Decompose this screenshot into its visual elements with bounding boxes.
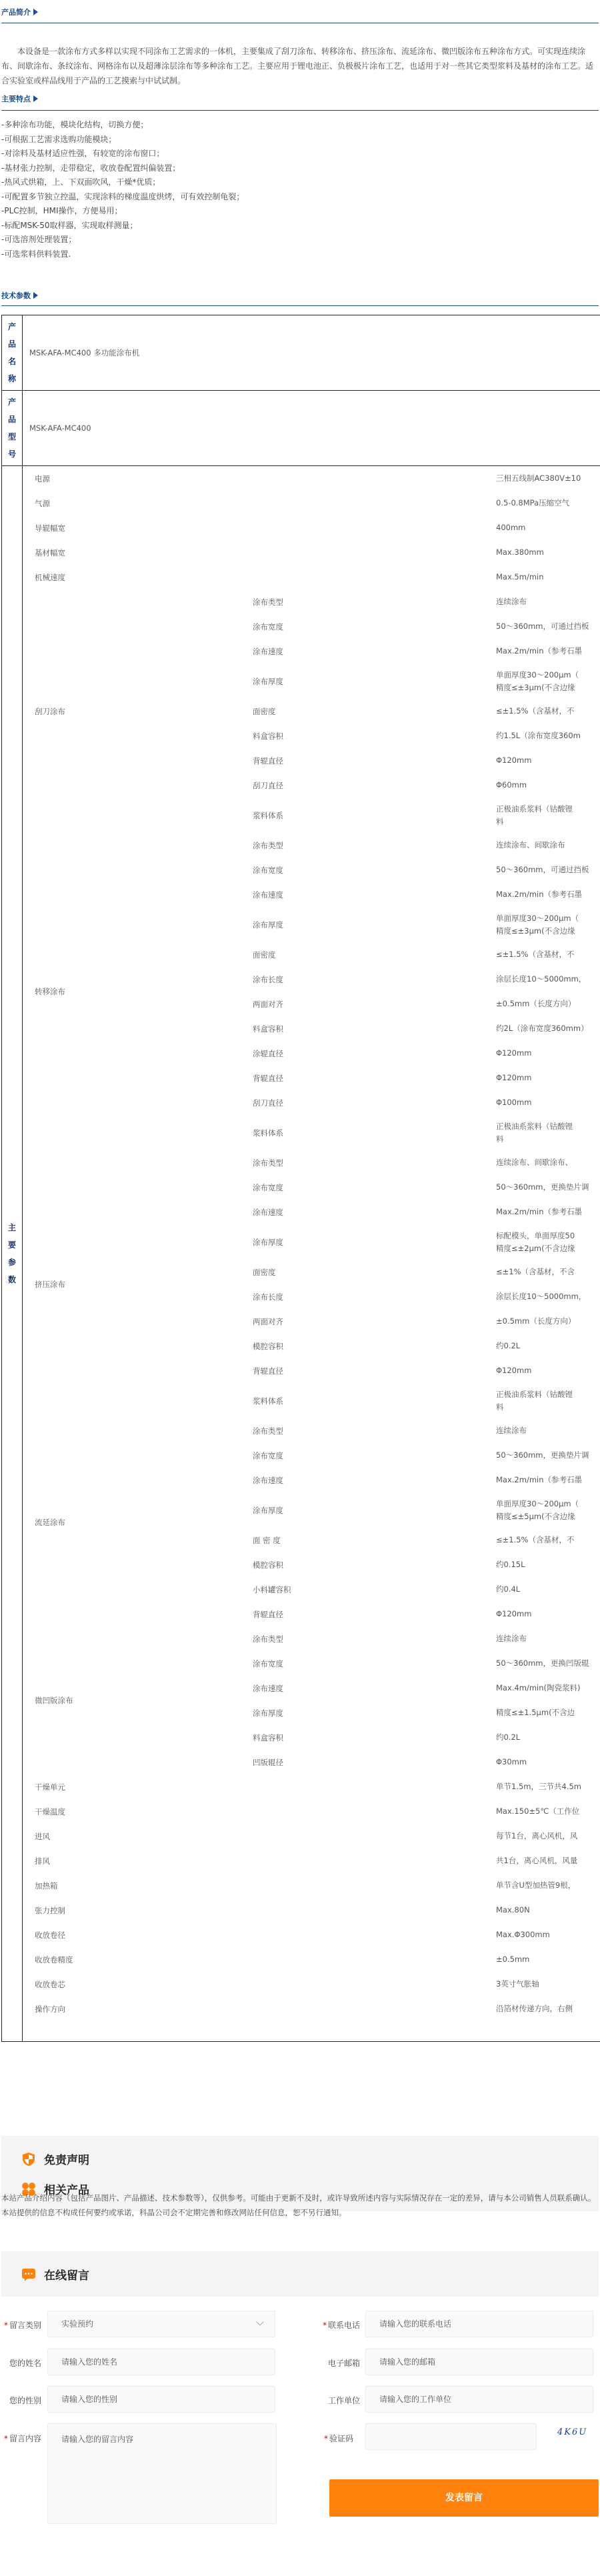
sub-param-name: 面密度: [253, 699, 496, 724]
param-name: 操作方向: [23, 1997, 253, 2021]
table-row: 排风共1台，离心风机，风量: [23, 1848, 600, 1873]
sub-param-name: [253, 565, 496, 589]
param-value: 涂层长度10～5000mm，: [496, 1284, 600, 1309]
placeholder-text: 请输入您的姓名: [61, 2357, 117, 2367]
company-input[interactable]: 请输入您的工作单位: [365, 2386, 593, 2413]
heading-text: 主要特点: [1, 95, 31, 103]
param-value: 约1.5L（涂布宽度360m: [496, 724, 600, 748]
param-value: Max.2m/min（参考石墨: [496, 882, 600, 907]
param-value: ±0.5mm（长度方向）: [496, 992, 600, 1016]
param-value: 约2L（涂布宽度360mm）: [496, 1016, 600, 1041]
param-name: 电源: [23, 466, 253, 491]
sub-param-name: 涂布速度: [253, 639, 496, 664]
param-value: ≤±1.5%（含基材，不: [496, 699, 600, 724]
sub-param-name: [253, 1898, 496, 1922]
param-value: 50～360mm，更换凹版辊: [496, 1651, 600, 1676]
param-value: 共1台，离心风机，风量: [496, 1848, 600, 1873]
heading-text: 技术参数: [1, 291, 31, 300]
sub-param-name: 涂布长度: [253, 967, 496, 992]
disclaimer-text: 本站产品介绍内容（包括产品图片、产品描述、技术参数等），仅供参考。可能由于更新不…: [1, 2191, 597, 2220]
section-heading-specs: 技术参数: [1, 290, 38, 301]
param-value: Max.Φ300mm: [496, 1922, 600, 1947]
triangle-right-icon: [33, 292, 38, 299]
sub-param-name: 涂布宽度: [253, 1651, 496, 1676]
submit-message-button[interactable]: 发表留言: [329, 2479, 599, 2517]
sub-param-name: 涂布厚度: [253, 1224, 496, 1260]
captcha-label: *验证码: [319, 2433, 353, 2444]
section-heading-features: 主要特点: [1, 93, 38, 104]
param-value: Φ30mm: [496, 1750, 600, 1774]
table-row: 基材幅宽Max.380mm: [23, 540, 600, 565]
table-row-main-params: 主 要 参 数 电源三相五线制AC380V±10气源0.5-0.8MPa压缩空气…: [2, 466, 600, 2042]
params-table: 电源三相五线制AC380V±10气源0.5-0.8MPa压缩空气导辊幅宽400m…: [23, 466, 600, 2021]
param-name: 机械速度: [23, 565, 253, 589]
message-header: 在线留言: [1, 2251, 599, 2297]
sub-param-name: [253, 1848, 496, 1873]
sub-param-name: 涂布厚度: [253, 664, 496, 699]
table-row: 张力控制Max.80N: [23, 1898, 600, 1922]
table-row: 收放卷径Max.Φ300mm: [23, 1922, 600, 1947]
sub-param-name: 涂辊直径: [253, 1041, 496, 1066]
label-char: 品: [2, 411, 22, 428]
label-char: 型: [2, 428, 22, 445]
sub-param-name: 料盒容积: [253, 1016, 496, 1041]
intro-paragraph: 本设备是一款涂布方式多样以实现不同涂布工艺需求的一体机，主要集成了刮刀涂布、转移…: [1, 44, 597, 88]
param-value: Φ120mm: [496, 1066, 600, 1090]
content-textarea[interactable]: 请输入您的留言内容: [47, 2423, 277, 2524]
table-row: 进风每节1台，离心风机，风: [23, 1824, 600, 1848]
table-row: 刮刀涂布涂布类型连续涂布: [23, 589, 600, 614]
label-text: 您的姓名: [9, 2359, 41, 2368]
param-value: 连续涂布: [496, 1626, 600, 1651]
label-char: 主: [2, 1219, 22, 1236]
label-text: 您的性别: [9, 2396, 41, 2405]
table-row: 机械速度Max.5m/min: [23, 565, 600, 589]
section-heading-intro: 产品简介: [1, 7, 38, 17]
gender-label: 您的性别: [0, 2395, 41, 2406]
sub-param-name: [253, 1873, 496, 1898]
email-label: 电子邮箱: [319, 2357, 360, 2369]
spec-table: 产 品 名 称 MSK-AFA-MC400 多功能涂布机 产 品 型 号 MSK…: [1, 315, 600, 2042]
label-char: 名: [2, 353, 22, 370]
table-row: 操作方向沿箔材传递方向，右侧: [23, 1997, 600, 2021]
email-input[interactable]: 请输入您的邮箱: [365, 2349, 593, 2375]
label-text: 留言内容: [9, 2434, 41, 2443]
param-value: Φ120mm: [496, 1358, 600, 1383]
param-name: 基材幅宽: [23, 540, 253, 565]
sub-param-name: 面 密 度: [253, 1528, 496, 1552]
sub-param-name: 模腔容积: [253, 1552, 496, 1577]
param-value: ±0.5mm（长度方向）: [496, 1309, 600, 1334]
sub-param-name: [253, 1972, 496, 1997]
label-text: 联系电话: [328, 2321, 360, 2330]
param-value: ≤±1%（含基材，不含: [496, 1260, 600, 1284]
triangle-right-icon: [33, 9, 38, 15]
triangle-right-icon: [33, 95, 38, 102]
phone-label: *联系电话: [319, 2319, 360, 2331]
table-row-product-name: 产 品 名 称 MSK-AFA-MC400 多功能涂布机: [2, 315, 600, 391]
captcha-input[interactable]: [365, 2423, 537, 2450]
heading-text: 产品简介: [1, 8, 31, 17]
param-name: 加热箱: [23, 1873, 253, 1898]
param-value: 正极油系浆料（钴酸锂 料: [496, 798, 600, 833]
param-value: Φ60mm: [496, 773, 600, 798]
name-label: 您的姓名: [0, 2357, 41, 2369]
param-value: 50～360mm，可通过挡板: [496, 858, 600, 882]
param-name: 收放卷精度: [23, 1947, 253, 1972]
table-row: 微凹版涂布涂布类型连续涂布: [23, 1626, 600, 1651]
param-value: 标配模头，单面厚度50 精度≤±2μm(不含边缘: [496, 1224, 600, 1260]
sub-param-name: 涂布速度: [253, 1468, 496, 1492]
sub-param-name: 涂布类型: [253, 1150, 496, 1175]
product-model-label: 产 品 型 号: [2, 391, 23, 466]
label-text: 工作单位: [328, 2396, 360, 2405]
sub-param-name: 涂布速度: [253, 1676, 496, 1700]
param-value: 400mm: [496, 515, 600, 540]
chat-bubble-icon: [21, 2267, 36, 2282]
gender-input[interactable]: 请输入您的性别: [47, 2386, 275, 2413]
required-mark: *: [323, 2321, 327, 2330]
feature-item: -标配MSK-50取样器，实现取样测量；: [1, 219, 244, 233]
sub-param-name: [253, 1824, 496, 1848]
feature-item: -可配置多节独立控温，实现涂料的梯度温度烘烤，可有效控制龟裂；: [1, 190, 244, 205]
sub-param-name: 涂布类型: [253, 1626, 496, 1651]
sub-param-name: 涂布类型: [253, 589, 496, 614]
label-char: 要: [2, 1236, 22, 1254]
param-name: 刮刀涂布: [23, 589, 253, 833]
sub-param-name: 涂布长度: [253, 1284, 496, 1309]
param-value: 正极油系浆料（钴酸锂 料: [496, 1383, 600, 1418]
label-text: 验证码: [329, 2434, 353, 2443]
sub-param-name: 涂布厚度: [253, 1700, 496, 1725]
label-char: 称: [2, 370, 22, 387]
param-value: Max.5m/min: [496, 565, 600, 589]
feature-item: -对涂料及基材适应性强，有较宽的涂布窗口；: [1, 147, 244, 161]
sub-param-name: 浆料体系: [253, 1115, 496, 1150]
sub-param-name: 涂布厚度: [253, 1492, 496, 1528]
param-name: 微凹版涂布: [23, 1626, 253, 1774]
param-value: Φ120mm: [496, 748, 600, 773]
label-char: 数: [2, 1271, 22, 1288]
sub-param-name: [253, 1947, 496, 1972]
sub-param-name: 刮刀直径: [253, 1090, 496, 1115]
param-value: 单面厚度30～200μm（ 精度≤±3μm(不含边缘: [496, 664, 600, 699]
param-value: 连续涂布、间歇涂布、: [496, 1150, 600, 1175]
sub-param-name: 面密度: [253, 942, 496, 967]
chevron-down-icon: [256, 2318, 263, 2325]
param-value: 涂层长度10～5000mm，: [496, 967, 600, 992]
sub-param-name: [253, 1922, 496, 1947]
param-value: ≤±1.5%（含基材，不: [496, 942, 600, 967]
phone-input[interactable]: 请输入您的联系电话: [365, 2311, 593, 2337]
param-value: 约0.2L: [496, 1334, 600, 1358]
param-value: Max.2m/min（参考石墨: [496, 639, 600, 664]
param-value: Φ120mm: [496, 1041, 600, 1066]
placeholder-text: 请输入您的留言内容: [61, 2435, 133, 2444]
param-value: 约0.2L: [496, 1725, 600, 1750]
sub-param-name: 涂布厚度: [253, 907, 496, 942]
param-name: 流延涂布: [23, 1418, 253, 1626]
feature-item: -PLC控制，HMI操作，方便易用；: [1, 204, 244, 219]
disclaimer-title: 免责声明: [44, 2151, 89, 2167]
sub-param-name: 模腔容积: [253, 1334, 496, 1358]
param-value: 50～360mm，更换垫片调: [496, 1443, 600, 1468]
param-name: 收放卷径: [23, 1922, 253, 1947]
product-name-label: 产 品 名 称: [2, 315, 23, 391]
table-row: 收放卷精度±0.5mm: [23, 1947, 600, 1972]
param-value: Φ100mm: [496, 1090, 600, 1115]
param-value: 沿箔材传递方向，右侧: [496, 1997, 600, 2021]
param-value: 50～360mm，更换垫片调: [496, 1175, 600, 1200]
required-mark: *: [4, 2434, 8, 2443]
placeholder-text: 请输入您的性别: [61, 2395, 117, 2404]
name-input[interactable]: 请输入您的姓名: [47, 2349, 275, 2375]
feature-item: -可根据工艺需求选购功能模块；: [1, 133, 244, 147]
sub-param-name: 小料罐容积: [253, 1577, 496, 1602]
sub-param-name: [253, 540, 496, 565]
features-list: -多种涂布功能，模块化结构，切换方便； -可根据工艺需求选购功能模块； -对涂料…: [1, 118, 244, 261]
param-name: 转移涂布: [23, 833, 253, 1150]
param-value: 连续涂布: [496, 589, 600, 614]
divider: [1, 110, 599, 111]
placeholder-text: 请输入您的邮箱: [379, 2357, 435, 2367]
param-value: Max.2m/min（参考石墨: [496, 1468, 600, 1492]
content-label: *留言内容: [0, 2433, 41, 2444]
param-value: 单节1.5m，三节共4.5m: [496, 1774, 600, 1799]
param-name: 导辊幅宽: [23, 515, 253, 540]
table-row: 干燥单元单节1.5m，三节共4.5m: [23, 1774, 600, 1799]
table-row: 气源0.5-0.8MPa压缩空气: [23, 491, 600, 515]
product-name-value: MSK-AFA-MC400 多功能涂布机: [23, 315, 600, 391]
table-row: 挤压涂布涂布类型连续涂布、间歇涂布、: [23, 1150, 600, 1175]
sub-param-name: 两面对齐: [253, 992, 496, 1016]
placeholder-text: 请输入您的联系电话: [379, 2319, 451, 2329]
label-char: 品: [2, 335, 22, 353]
select-value: 实验预约: [61, 2319, 93, 2329]
param-name: 气源: [23, 491, 253, 515]
captcha-image[interactable]: 4K6U: [557, 2427, 587, 2437]
feature-item: -基材张力控制，走带稳定，收放卷配置纠偏装置；: [1, 161, 244, 176]
param-value: Max.2m/min（参考石墨: [496, 1200, 600, 1224]
table-row: 流延涂布涂布类型连续涂布: [23, 1418, 600, 1443]
sub-param-name: 面密度: [253, 1260, 496, 1284]
sub-param-name: 涂布宽度: [253, 1175, 496, 1200]
param-value: 0.5-0.8MPa压缩空气: [496, 491, 600, 515]
param-value: 50～360mm，可通过挡板: [496, 614, 600, 639]
sub-param-name: 涂布宽度: [253, 858, 496, 882]
disclaimer-header: 免责声明: [1, 2136, 599, 2181]
placeholder-text: 请输入您的工作单位: [379, 2395, 451, 2404]
main-params-cell: 电源三相五线制AC380V±10气源0.5-0.8MPa压缩空气导辊幅宽400m…: [23, 466, 600, 2042]
sub-param-name: 刮刀直径: [253, 773, 496, 798]
sub-param-name: [253, 1799, 496, 1824]
param-value: ≤±1.5%（含基材，不: [496, 1528, 600, 1552]
sub-param-name: 料盒容积: [253, 1725, 496, 1750]
sub-param-name: 背辊直径: [253, 1602, 496, 1626]
sub-param-name: [253, 466, 496, 491]
sub-param-name: 涂布宽度: [253, 1443, 496, 1468]
param-value: 单节含U型加热管9根，: [496, 1873, 600, 1898]
param-name: 张力控制: [23, 1898, 253, 1922]
table-row: 加热箱单节含U型加热管9根，: [23, 1873, 600, 1898]
shield-icon: [21, 2152, 36, 2167]
label-text: 留言类别: [9, 2321, 41, 2330]
param-value: Φ120mm: [496, 1602, 600, 1626]
sub-param-name: 两面对齐: [253, 1309, 496, 1334]
table-row: 电源三相五线制AC380V±10: [23, 466, 600, 491]
required-mark: *: [4, 2321, 8, 2330]
param-value: 3英寸气胀轴: [496, 1972, 600, 1997]
param-value: 正极油系浆料（钴酸锂 料: [496, 1115, 600, 1150]
label-char: 产: [2, 318, 22, 335]
param-value: Max.4m/min(陶瓷浆料): [496, 1676, 600, 1700]
product-model-value: MSK-AFA-MC400: [23, 391, 600, 466]
param-value: 连续涂布: [496, 1418, 600, 1443]
sub-param-name: 涂布类型: [253, 1418, 496, 1443]
sub-param-name: 料盒容积: [253, 724, 496, 748]
table-row-product-model: 产 品 型 号 MSK-AFA-MC400: [2, 391, 600, 466]
param-value: 单面厚度30～200μm（ 精度≤±5μm(不含边缘: [496, 1492, 600, 1528]
feature-item: -热风式烘箱，上、下双面吹风，干燥*优质；: [1, 175, 244, 190]
param-value: 精度≤±1.5μm(不含边: [496, 1700, 600, 1725]
company-label: 工作单位: [319, 2395, 360, 2406]
param-name: 干燥温度: [23, 1799, 253, 1824]
sub-param-name: 浆料体系: [253, 798, 496, 833]
param-value: Max.150±5℃（工作位: [496, 1799, 600, 1824]
required-mark: *: [324, 2434, 328, 2443]
table-row: 导辊幅宽400mm: [23, 515, 600, 540]
sub-param-name: 背辊直径: [253, 1358, 496, 1383]
param-value: 约0.4L: [496, 1577, 600, 1602]
category-select[interactable]: 实验预约: [47, 2311, 275, 2337]
category-label: *留言类别: [0, 2319, 41, 2331]
sub-param-name: [253, 1774, 496, 1799]
sub-param-name: 涂布速度: [253, 1200, 496, 1224]
feature-item: -多种涂布功能，模块化结构，切换方便；: [1, 118, 244, 133]
param-name: 进风: [23, 1824, 253, 1848]
sub-param-name: 涂布类型: [253, 833, 496, 858]
sub-param-name: 涂布宽度: [253, 614, 496, 639]
divider: [1, 23, 599, 23]
main-params-label: 主 要 参 数: [2, 466, 23, 2042]
sub-param-name: 浆料体系: [253, 1383, 496, 1418]
param-value: 连续涂布、间歇涂布: [496, 833, 600, 858]
param-value: 约0.15L: [496, 1552, 600, 1577]
sub-param-name: [253, 515, 496, 540]
param-value: ±0.5mm: [496, 1947, 600, 1972]
label-char: 产: [2, 393, 22, 411]
sub-param-name: [253, 1997, 496, 2021]
feature-item: -可选浆料供料装置.: [1, 247, 244, 262]
table-row: 收放卷芯3英寸气胀轴: [23, 1972, 600, 1997]
feature-item: -可选溶剂处理装置；: [1, 233, 244, 247]
label-char: 参: [2, 1254, 22, 1271]
label-text: 电子邮箱: [328, 2359, 360, 2368]
label-char: 号: [2, 445, 22, 463]
table-row: 转移涂布涂布类型连续涂布、间歇涂布: [23, 833, 600, 858]
sub-param-name: 凹版辊径: [253, 1750, 496, 1774]
param-value: 单面厚度30～200μm（ 精度≤±3μm(不含边缘: [496, 907, 600, 942]
param-name: 挤压涂布: [23, 1150, 253, 1418]
param-name: 干燥单元: [23, 1774, 253, 1799]
param-value: 每节1台，离心风机，风: [496, 1824, 600, 1848]
sub-param-name: [253, 491, 496, 515]
sub-param-name: 背辊直径: [253, 748, 496, 773]
message-title: 在线留言: [44, 2266, 89, 2283]
param-name: 收放卷芯: [23, 1972, 253, 1997]
spec-table-wrapper: 产 品 名 称 MSK-AFA-MC400 多功能涂布机 产 品 型 号 MSK…: [1, 315, 600, 2042]
divider: [1, 305, 599, 306]
param-name: 排风: [23, 1848, 253, 1873]
table-row: 干燥温度Max.150±5℃（工作位: [23, 1799, 600, 1824]
param-value: Max.380mm: [496, 540, 600, 565]
sub-param-name: 背辊直径: [253, 1066, 496, 1090]
param-value: Max.80N: [496, 1898, 600, 1922]
sub-param-name: 涂布速度: [253, 882, 496, 907]
param-value: 三相五线制AC380V±10: [496, 466, 600, 491]
